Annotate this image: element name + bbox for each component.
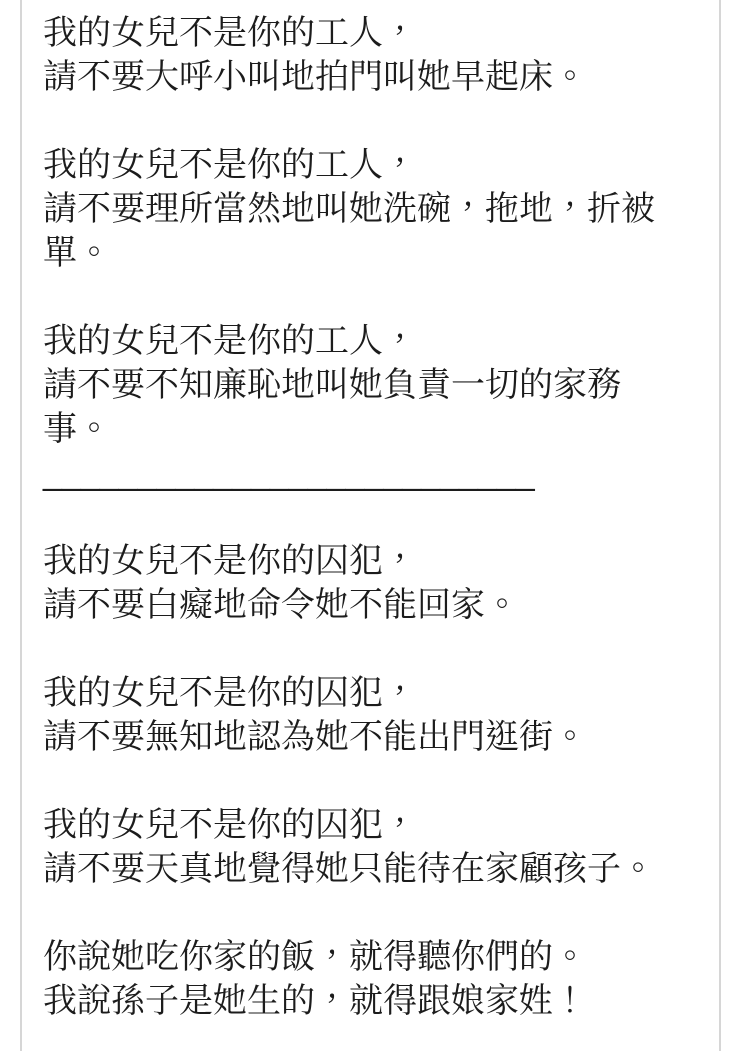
text-line: 我的女兒不是你的工人， — [43, 319, 705, 363]
text-line: 請不要白癡地命令她不能回家。 — [43, 583, 705, 627]
text-line: 事。 — [43, 407, 705, 451]
text-line: 請不要天真地覺得她只能待在家顧孩子。 — [43, 847, 705, 891]
text-line: 請不要不知廉恥地叫她負責一切的家務 — [43, 363, 705, 407]
paragraph-prisoner-1: 我的女兒不是你的囚犯，請不要白癡地命令她不能回家。 — [43, 539, 705, 627]
divider-line: __________________________ — [43, 451, 705, 495]
text-line: 我說孫子是她生的，就得跟娘家姓！ — [43, 979, 705, 1023]
text-line: 我的女兒不是你的工人， — [43, 11, 705, 55]
text-line: 我的女兒不是你的囚犯， — [43, 671, 705, 715]
page-left-rule — [20, 0, 22, 1051]
text-content: 我的女兒不是你的工人，請不要大呼小叫地拍門叫她早起床。我的女兒不是你的工人，請不… — [43, 11, 705, 1023]
document-page: 我的女兒不是你的工人，請不要大呼小叫地拍門叫她早起床。我的女兒不是你的工人，請不… — [0, 0, 740, 1051]
paragraph-closing: 你說她吃你家的飯，就得聽你們的。我說孫子是她生的，就得跟娘家姓！ — [43, 935, 705, 1023]
text-line: 單。 — [43, 231, 705, 275]
paragraph-worker-1: 我的女兒不是你的工人，請不要大呼小叫地拍門叫她早起床。 — [43, 11, 705, 99]
paragraph-prisoner-2: 我的女兒不是你的囚犯，請不要無知地認為她不能出門逛街。 — [43, 671, 705, 759]
text-line: 我的女兒不是你的工人， — [43, 143, 705, 187]
paragraph-worker-3: 我的女兒不是你的工人，請不要不知廉恥地叫她負責一切的家務事。__________… — [43, 319, 705, 495]
paragraph-worker-2: 我的女兒不是你的工人，請不要理所當然地叫她洗碗，拖地，折被單。 — [43, 143, 705, 275]
text-line: 請不要大呼小叫地拍門叫她早起床。 — [43, 55, 705, 99]
paragraph-prisoner-3: 我的女兒不是你的囚犯，請不要天真地覺得她只能待在家顧孩子。 — [43, 803, 705, 891]
text-line: 我的女兒不是你的囚犯， — [43, 803, 705, 847]
text-line: 你說她吃你家的飯，就得聽你們的。 — [43, 935, 705, 979]
page-right-rule — [719, 0, 721, 1051]
text-line: 請不要理所當然地叫她洗碗，拖地，折被 — [43, 187, 705, 231]
text-line: 請不要無知地認為她不能出門逛街。 — [43, 715, 705, 759]
text-line: 我的女兒不是你的囚犯， — [43, 539, 705, 583]
